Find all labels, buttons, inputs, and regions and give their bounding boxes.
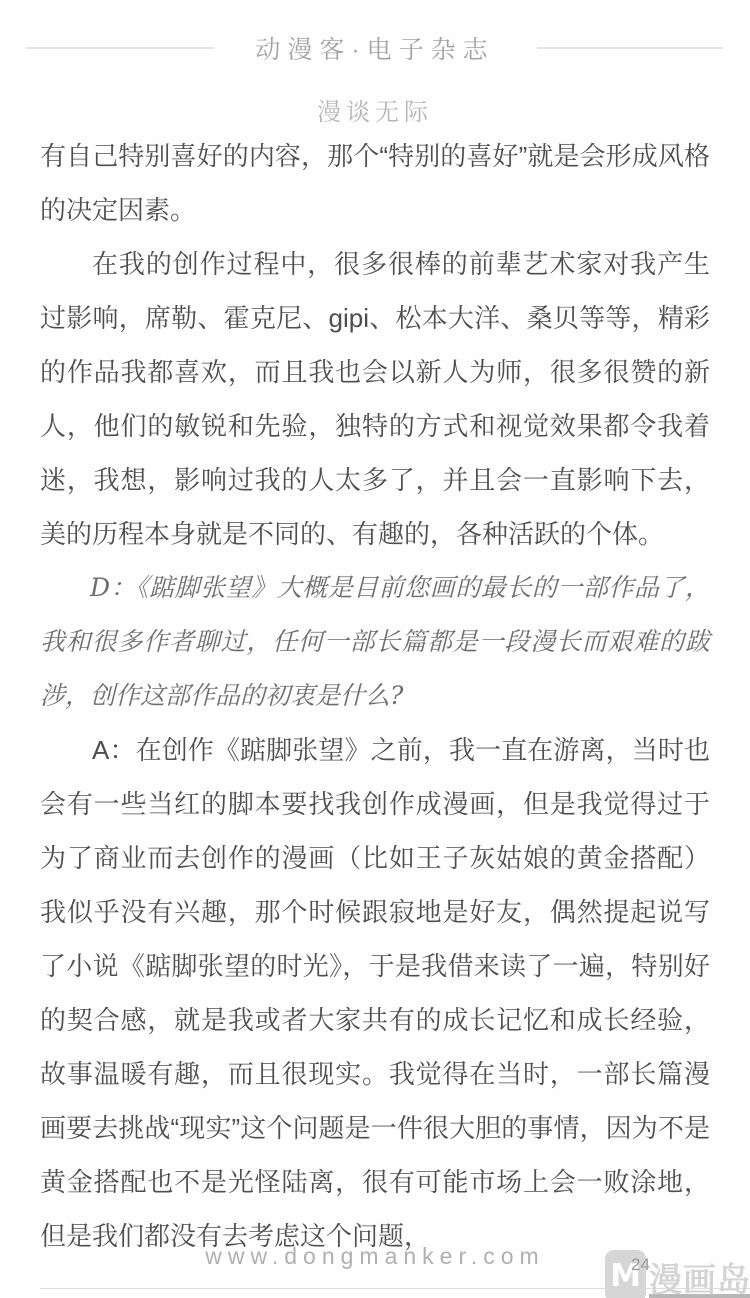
logo-bottom-strip (649, 1294, 750, 1298)
manhuadao-watermark-logo: M 漫画岛 (605, 1246, 750, 1298)
page-number: 24 (631, 1255, 650, 1275)
page-header: 动漫客·电子杂志 (0, 30, 750, 66)
magazine-title: 动漫客·电子杂志 (255, 30, 494, 66)
logo-text: 漫画岛 (649, 1254, 750, 1298)
section-title: 漫谈无际 (0, 92, 750, 127)
paragraph-continuation: 有自己特别喜好的内容，那个“特别的喜好”就是会形成风格的决定因素。 (40, 129, 710, 237)
paragraph-interviewer-question: D：《踮脚张望》大概是目前您画的最长的一部作品了，我和很多作者聊过，任何一部长篇… (40, 561, 710, 723)
header-rule-left (27, 47, 213, 49)
paragraph-interviewee-answer: A：在创作《踮脚张望》之前，我一直在游离，当时也会有一些当红的脚本要找我创作成漫… (40, 723, 710, 1263)
paragraph-answer-previous: 在我的创作过程中，很多很棒的前辈艺术家对我产生过影响，席勒、霍克尼、gipi、松… (40, 237, 710, 561)
article-body: 有自己特别喜好的内容，那个“特别的喜好”就是会形成风格的决定因素。 在我的创作过… (40, 129, 710, 1263)
header-rule-right (537, 47, 723, 49)
magazine-page: 动漫客·电子杂志 漫谈无际 有自己特别喜好的内容，那个“特别的喜好”就是会形成风… (0, 0, 750, 1298)
